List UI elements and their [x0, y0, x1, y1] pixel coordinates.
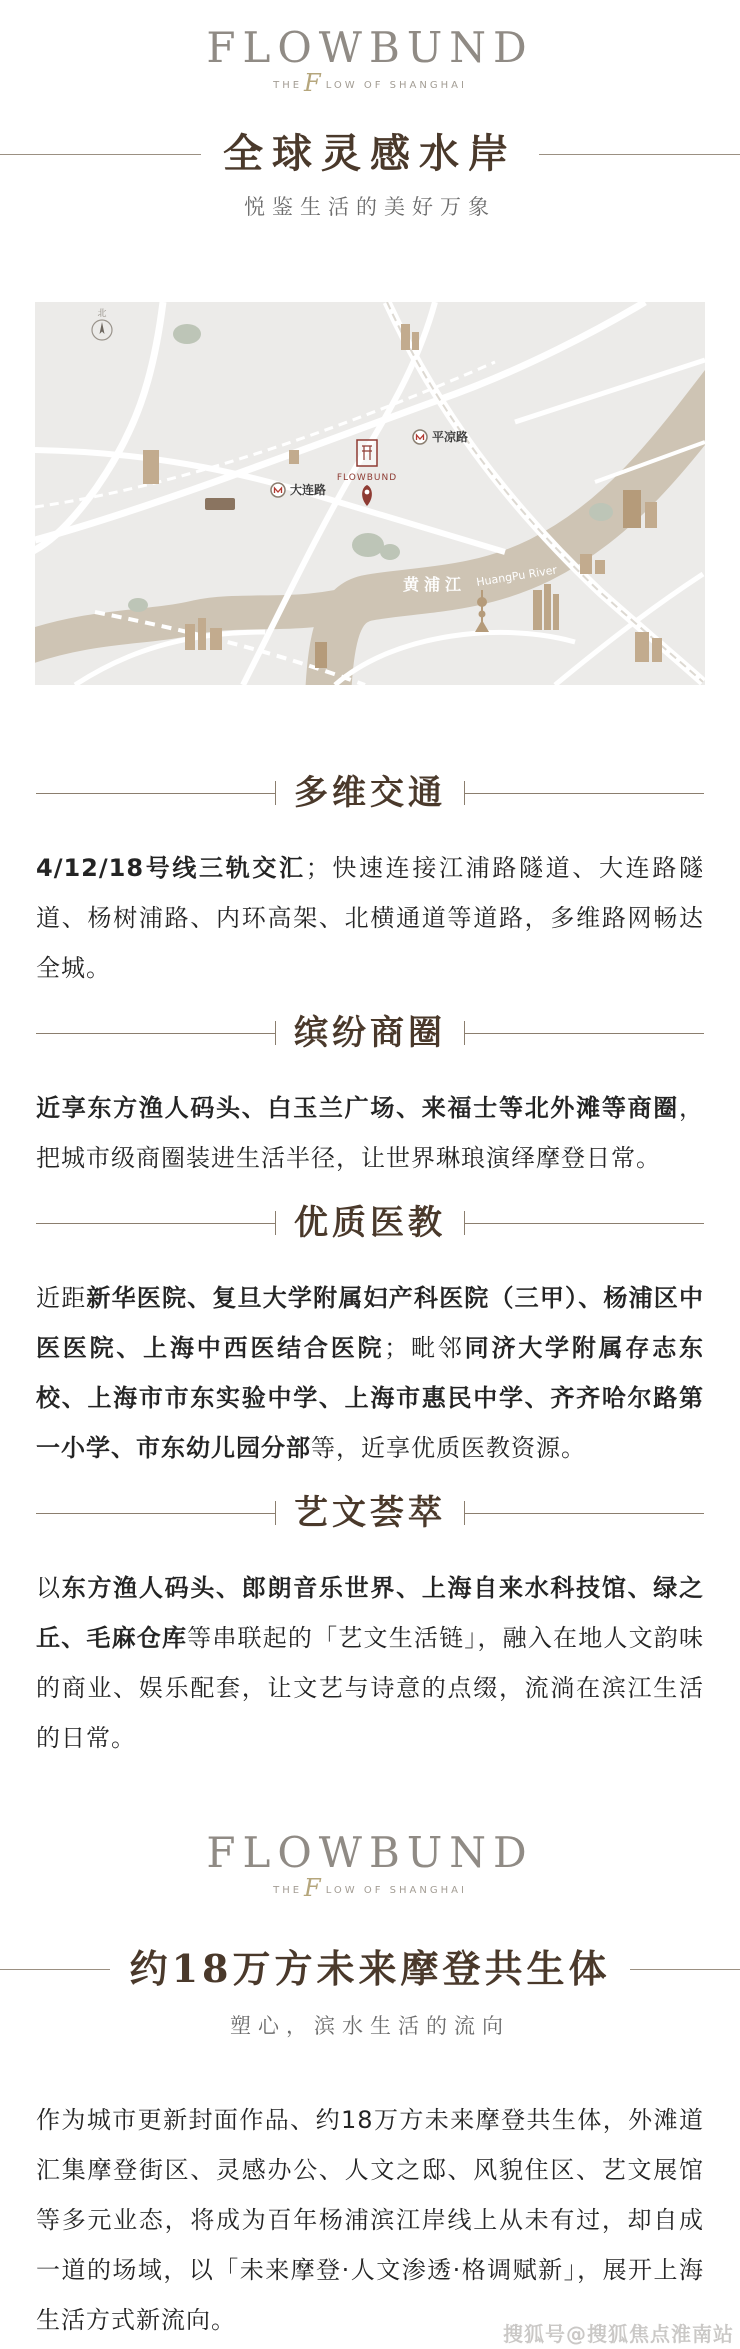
brand-tagline: THEFLOW OF SHANGHAI [0, 1883, 740, 1899]
section-heading-arts: 艺文荟萃 [0, 1491, 740, 1535]
tagline-script-f: F [304, 69, 324, 97]
promo-page: FLOWBUND THEFLOW OF SHANGHAI 全球灵感水岸 悦鉴生活… [0, 0, 740, 2349]
section-paragraph-arts: 以东方渔人码头、郎朗音乐世界、上海自来水科技馆、绿之丘、毛麻仓库等串联起的「艺文… [0, 1563, 740, 1763]
second-heading: 约18万方未来摩登共生体 [0, 1943, 740, 1995]
hero-heading: 全球灵感水岸 [0, 130, 740, 178]
rule-right [465, 793, 704, 794]
location-map: 北 平凉路 大连路 FLOWBUND [35, 302, 705, 685]
tagline-post: LOW OF SHANGHAI [326, 80, 467, 91]
tagline-pre: THE [273, 1885, 302, 1896]
rule-right [465, 1033, 704, 1034]
tagline-post: LOW OF SHANGHAI [326, 1885, 467, 1896]
rule-left [36, 1513, 275, 1514]
tick-left [275, 1021, 276, 1045]
station-label: 平凉路 [432, 429, 468, 444]
river-label-cn: 黄浦江 [403, 575, 466, 594]
tick-left [275, 1501, 276, 1525]
rule-right [539, 154, 740, 155]
second-title: 约18万方未来摩登共生体 [130, 1943, 611, 1995]
tagline-script-f: F [304, 1874, 324, 1902]
tagline-pre: THE [273, 80, 302, 91]
watermark: 搜狐号@搜狐焦点淮南站 [503, 2318, 734, 2347]
page-title: 全球灵感水岸 [223, 130, 517, 178]
rule-right [465, 1513, 704, 1514]
tick-left [275, 1211, 276, 1235]
second-paragraph: 作为城市更新封面作品、约18万方未来摩登共生体，外滩道汇集摩登街区、灵感办公、人… [0, 2095, 740, 2345]
map-image: 北 平凉路 大连路 FLOWBUND [35, 302, 705, 685]
rule-right [630, 1969, 740, 1970]
section-title: 缤纷商圈 [294, 1011, 446, 1055]
second-subtitle: 塑心，滨水生活的流向 [0, 2013, 740, 2039]
section-title: 优质医教 [294, 1201, 446, 1245]
station-label: 大连路 [290, 482, 326, 497]
tick-left [275, 781, 276, 805]
brand-wordmark: FLOWBUND [0, 22, 740, 74]
section-title: 多维交通 [294, 771, 446, 815]
brand-tagline: THEFLOW OF SHANGHAI [0, 78, 740, 94]
compass-label: 北 [97, 307, 106, 319]
rule-left [0, 1969, 110, 1970]
section-heading-transport: 多维交通 [0, 771, 740, 815]
metro-station-pingliang: 平凉路 [413, 429, 468, 444]
section-paragraph-commerce: 近享东方渔人码头、白玉兰广场、来福士等北外滩等商圈，把城市级商圈装进生活半径，让… [0, 1083, 740, 1183]
hero-subtitle: 悦鉴生活的美好万象 [0, 194, 740, 220]
rule-right [465, 1223, 704, 1224]
rule-left [0, 154, 201, 155]
section-paragraph-medical-education: 近距新华医院、复旦大学附属妇产科医院（三甲）、杨浦区中医医院、上海中西医结合医院… [0, 1273, 740, 1473]
section-title: 艺文荟萃 [294, 1491, 446, 1535]
rule-left [36, 1033, 275, 1034]
marker-label: FLOWBUND [337, 473, 397, 483]
section-heading-commerce: 缤纷商圈 [0, 1011, 740, 1055]
brand-logo-second: FLOWBUND THEFLOW OF SHANGHAI [0, 1827, 740, 1899]
brand-wordmark: FLOWBUND [0, 1827, 740, 1879]
brand-logo: FLOWBUND THEFLOW OF SHANGHAI [0, 0, 740, 94]
rule-left [36, 793, 275, 794]
section-paragraph-transport: 4/12/18号线三轨交汇；快速连接江浦路隧道、大连路隧道、杨树浦路、内环高架、… [0, 843, 740, 993]
section-heading-medical-education: 优质医教 [0, 1201, 740, 1245]
metro-station-dalian: 大连路 [271, 482, 326, 497]
rule-left [36, 1223, 275, 1224]
